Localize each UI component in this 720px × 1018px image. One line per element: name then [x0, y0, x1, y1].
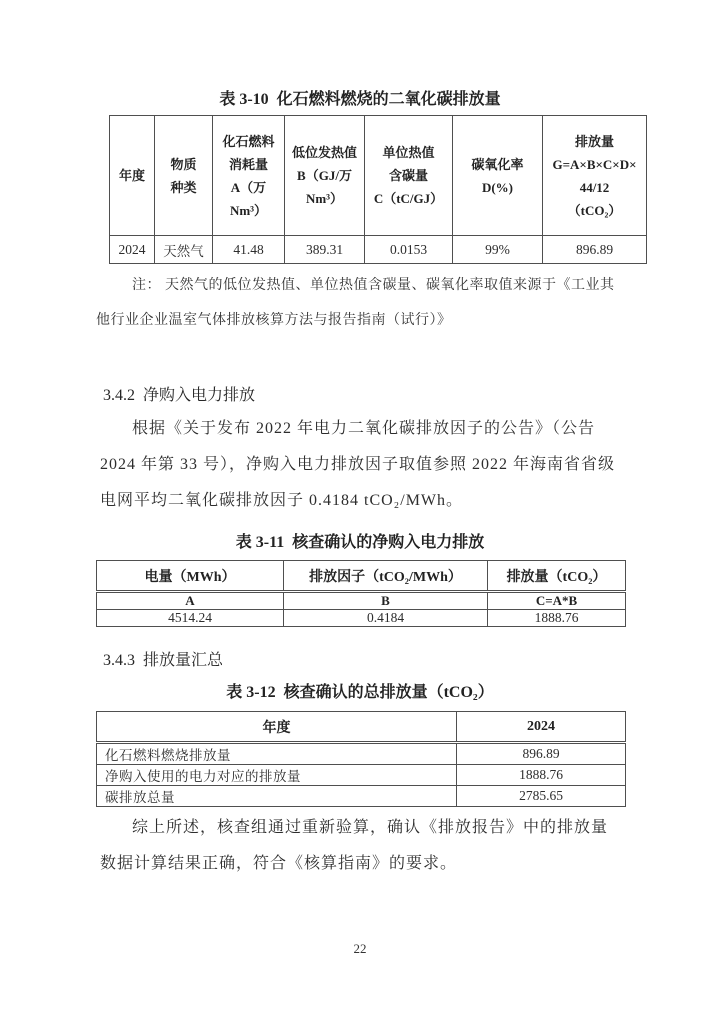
- col-header-emission-amount: 排放量 G=A×B×C×D× 44/12 （tCO₂）: [543, 116, 647, 236]
- closing-paragraph: 综上所述，核查组通过重新验算，确认《排放报告》中的排放量 数据计算结果正确，符合…: [100, 810, 640, 882]
- row-label-total: 碳排放总量: [97, 786, 457, 807]
- cell-carbon-content: 0.0153: [365, 236, 453, 264]
- col-header-emission-factor: 排放因子（tCO₂/MWh）: [284, 561, 488, 592]
- paragraph-3-4-2: 根据《关于发布 2022 年电力二氧化碳排放因子的公告》（公告 2024 年第 …: [100, 411, 640, 519]
- cell-emission: 896.89: [543, 236, 647, 264]
- table-3-12-header-row: 年度 2024: [97, 712, 626, 743]
- cell-factor-value: 0.4184: [284, 610, 488, 627]
- table-3-11-header-row: 电量（MWh） 排放因子（tCO₂/MWh） 排放量（tCO₂）: [97, 561, 626, 592]
- cell-consumption: 41.48: [213, 236, 285, 264]
- table-3-10-title: 表 3-10 化石燃料燃烧的二氧化碳排放量: [0, 86, 720, 109]
- col-header-year: 年度: [110, 116, 155, 236]
- table-3-12-total-emissions: 年度 2024 化石燃料燃烧排放量 896.89 净购入使用的电力对应的排放量 …: [96, 711, 626, 807]
- cell-emission-value: 1888.76: [488, 610, 626, 627]
- document-page: 表 3-10 化石燃料燃烧的二氧化碳排放量 年度 物质 种类 化石燃料 消耗量 …: [0, 0, 720, 1018]
- cell-formula-a: A: [97, 592, 284, 610]
- table-3-10-note: 注： 天然气的低位发热值、单位热值含碳量、碳氧化率取值来源于《工业其 他行业企业…: [96, 268, 636, 338]
- table-row: 化石燃料燃烧排放量 896.89: [97, 743, 626, 765]
- table-3-11-title: 表 3-11 核查确认的净购入电力排放: [0, 529, 720, 552]
- cell-formula-b: B: [284, 592, 488, 610]
- col-header-2024: 2024: [457, 712, 626, 743]
- col-header-electricity: 电量（MWh）: [97, 561, 284, 592]
- cell-heating-value: 389.31: [285, 236, 365, 264]
- table-3-11-value-row: 4514.24 0.4184 1888.76: [97, 610, 626, 627]
- row-label-electricity: 净购入使用的电力对应的排放量: [97, 765, 457, 786]
- cell-electricity-value: 4514.24: [97, 610, 284, 627]
- col-header-carbon-content: 单位热值 含碳量 C（tC/GJ）: [365, 116, 453, 236]
- table-3-10-header-row: 年度 物质 种类 化石燃料 消耗量 A（万 Nm³） 低位发热值 B（GJ/万 …: [110, 116, 647, 236]
- row-label-fossil-fuel: 化石燃料燃烧排放量: [97, 743, 457, 765]
- cell-material: 天然气: [155, 236, 213, 264]
- section-heading-3-4-3: 3.4.3 排放量汇总: [103, 647, 223, 670]
- table-3-11-purchased-electricity: 电量（MWh） 排放因子（tCO₂/MWh） 排放量（tCO₂） A B C=A…: [96, 560, 626, 627]
- table-row: 净购入使用的电力对应的排放量 1888.76: [97, 765, 626, 786]
- table-row: 碳排放总量 2785.65: [97, 786, 626, 807]
- cell-year: 2024: [110, 236, 155, 264]
- col-header-year: 年度: [97, 712, 457, 743]
- page-number: 22: [0, 941, 720, 957]
- row-value-total: 2785.65: [457, 786, 626, 807]
- col-header-fuel-consumption: 化石燃料 消耗量 A（万 Nm³）: [213, 116, 285, 236]
- table-3-11-formula-row: A B C=A*B: [97, 592, 626, 610]
- col-header-oxidation-rate: 碳氧化率 D(%): [453, 116, 543, 236]
- col-header-material-type: 物质 种类: [155, 116, 213, 236]
- row-value-electricity: 1888.76: [457, 765, 626, 786]
- cell-formula-c: C=A*B: [488, 592, 626, 610]
- table-3-10-data-row: 2024 天然气 41.48 389.31 0.0153 99% 896.89: [110, 236, 647, 264]
- section-heading-3-4-2: 3.4.2 净购入电力排放: [103, 382, 255, 405]
- row-value-fossil-fuel: 896.89: [457, 743, 626, 765]
- cell-oxidation-rate: 99%: [453, 236, 543, 264]
- col-header-emission: 排放量（tCO₂）: [488, 561, 626, 592]
- table-3-10-fossil-fuel-emissions: 年度 物质 种类 化石燃料 消耗量 A（万 Nm³） 低位发热值 B（GJ/万 …: [109, 115, 647, 264]
- col-header-heating-value: 低位发热值 B（GJ/万 Nm³）: [285, 116, 365, 236]
- table-3-12-title: 表 3-12 核查确认的总排放量（tCO₂）: [0, 679, 720, 702]
